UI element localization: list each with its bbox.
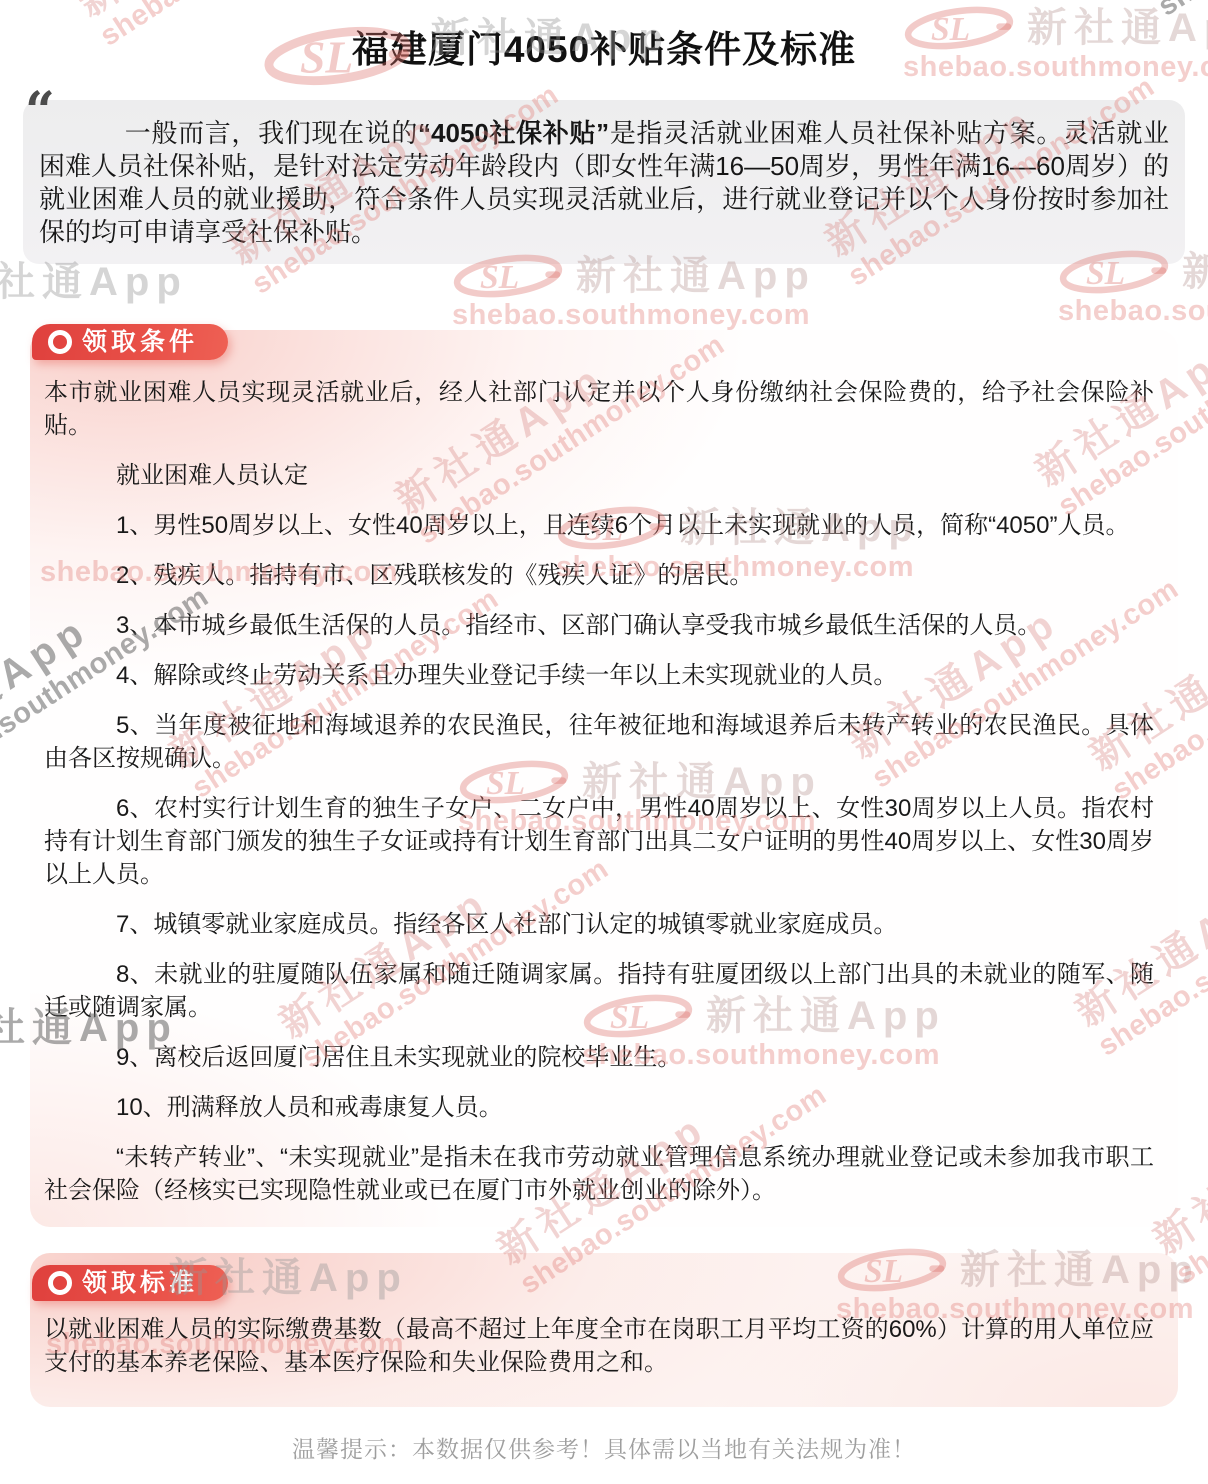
page-title: 福建厦门4050补贴条件及标准 [0, 0, 1208, 74]
watermark-tile: SL新社通Appshebao.southmoney.com [452, 254, 816, 331]
paragraph: 6、农村实行计划生育的独生子女户、二女户中，男性40周岁以上、女性30周岁以上人… [44, 792, 1154, 891]
article-page: 新社通Appshebao.southmoney.com新社通Appshebao.… [0, 0, 1208, 1484]
section-standard: 领取标准 以就业困难人员的实际缴费基数（最高不超过上年度全市在岗职工月平均工资的… [30, 1253, 1178, 1407]
footer-tip: 温馨提示：本数据仅供参考！具体需以当地有关法规为准！ [0, 1431, 1208, 1464]
intro-quote-box: 一般而言，我们现在说的“4050社保补贴”是指灵活就业困难人员社保补贴方案。灵活… [23, 100, 1185, 264]
paragraph: 8、未就业的驻厦随队伍家属和随迁随调家属。指持有驻厦团级以上部门出具的未就业的随… [44, 958, 1154, 1024]
circle-ring-icon [48, 1271, 72, 1295]
section-conditions: 领取条件 本市就业困难人员实现灵活就业后，经人社部门认定并以个人身份缴纳社会保险… [30, 330, 1178, 1227]
paragraph: 7、城镇零就业家庭成员。指经各区人社部门认定的城镇零就业家庭成员。 [44, 908, 1154, 941]
conditions-badge-label: 领取条件 [82, 330, 198, 355]
paragraph: 2、残疾人。指持有市、区残联核发的《残疾人证》的居民。 [44, 559, 1154, 592]
watermark-domain-text: shebao.southmoney.com [452, 299, 816, 331]
paragraph: 1、男性50周岁以上、女性40周岁以上，且连续6个月以上未实现就业的人员，简称“… [44, 509, 1154, 542]
paragraph: 以就业困难人员的实际缴费基数（最高不超过上年度全市在岗职工月平均工资的60%）计… [44, 1313, 1154, 1379]
quote-icon: “ [25, 86, 55, 138]
paragraph: “未转产转业”、“未实现就业”是指未在我市劳动就业管理信息系统办理就业登记或未参… [44, 1141, 1154, 1207]
intro-quote: “ 一般而言，我们现在说的“4050社保补贴”是指灵活就业困难人员社保补贴方案。… [23, 100, 1185, 264]
paragraph: 4、解除或终止劳动关系且办理失业登记手续一年以上未实现就业的人员。 [44, 659, 1154, 692]
paragraph: 本市就业困难人员实现灵活就业后，经人社部门认定并以个人身份缴纳社会保险费的，给予… [44, 376, 1154, 442]
watermark-brand-text: 新社通App [1182, 250, 1208, 295]
standard-badge: 领取标准 [32, 1265, 228, 1301]
watermark-tile: 新社通App [0, 260, 188, 305]
conditions-badge: 领取条件 [32, 324, 228, 360]
watermark-brand-text: 新社通App [0, 260, 188, 305]
intro-text-prefix: 一般而言，我们现在说的 [125, 118, 418, 148]
standard-body: 以就业困难人员的实际缴费基数（最高不超过上年度全市在岗职工月平均工资的60%）计… [44, 1313, 1154, 1379]
paragraph: 5、当年度被征地和海域退养的农民渔民，往年被征地和海域退养后未转产转业的农民渔民… [44, 709, 1154, 775]
paragraph: 3、本市城乡最低生活保的人员。指经市、区部门确认享受我市城乡最低生活保的人员。 [44, 609, 1154, 642]
conditions-body: 本市就业困难人员实现灵活就业后，经人社部门认定并以个人身份缴纳社会保险费的，给予… [44, 376, 1154, 1207]
intro-paragraph: 一般而言，我们现在说的“4050社保补贴”是指灵活就业困难人员社保补贴方案。灵活… [39, 117, 1169, 249]
paragraph: 就业困难人员认定 [44, 459, 1154, 492]
watermark-domain-text: shebao.southmoney.com [1058, 295, 1208, 327]
standard-badge-label: 领取标准 [82, 1271, 198, 1296]
intro-text-bold: “4050社保补贴” [418, 118, 609, 148]
circle-ring-icon [48, 330, 72, 354]
svg-text:SL: SL [480, 260, 519, 297]
paragraph: 9、离校后返回厦门居住且未实现就业的院校毕业生。 [44, 1041, 1154, 1074]
paragraph: 10、刑满释放人员和戒毒康复人员。 [44, 1091, 1154, 1124]
